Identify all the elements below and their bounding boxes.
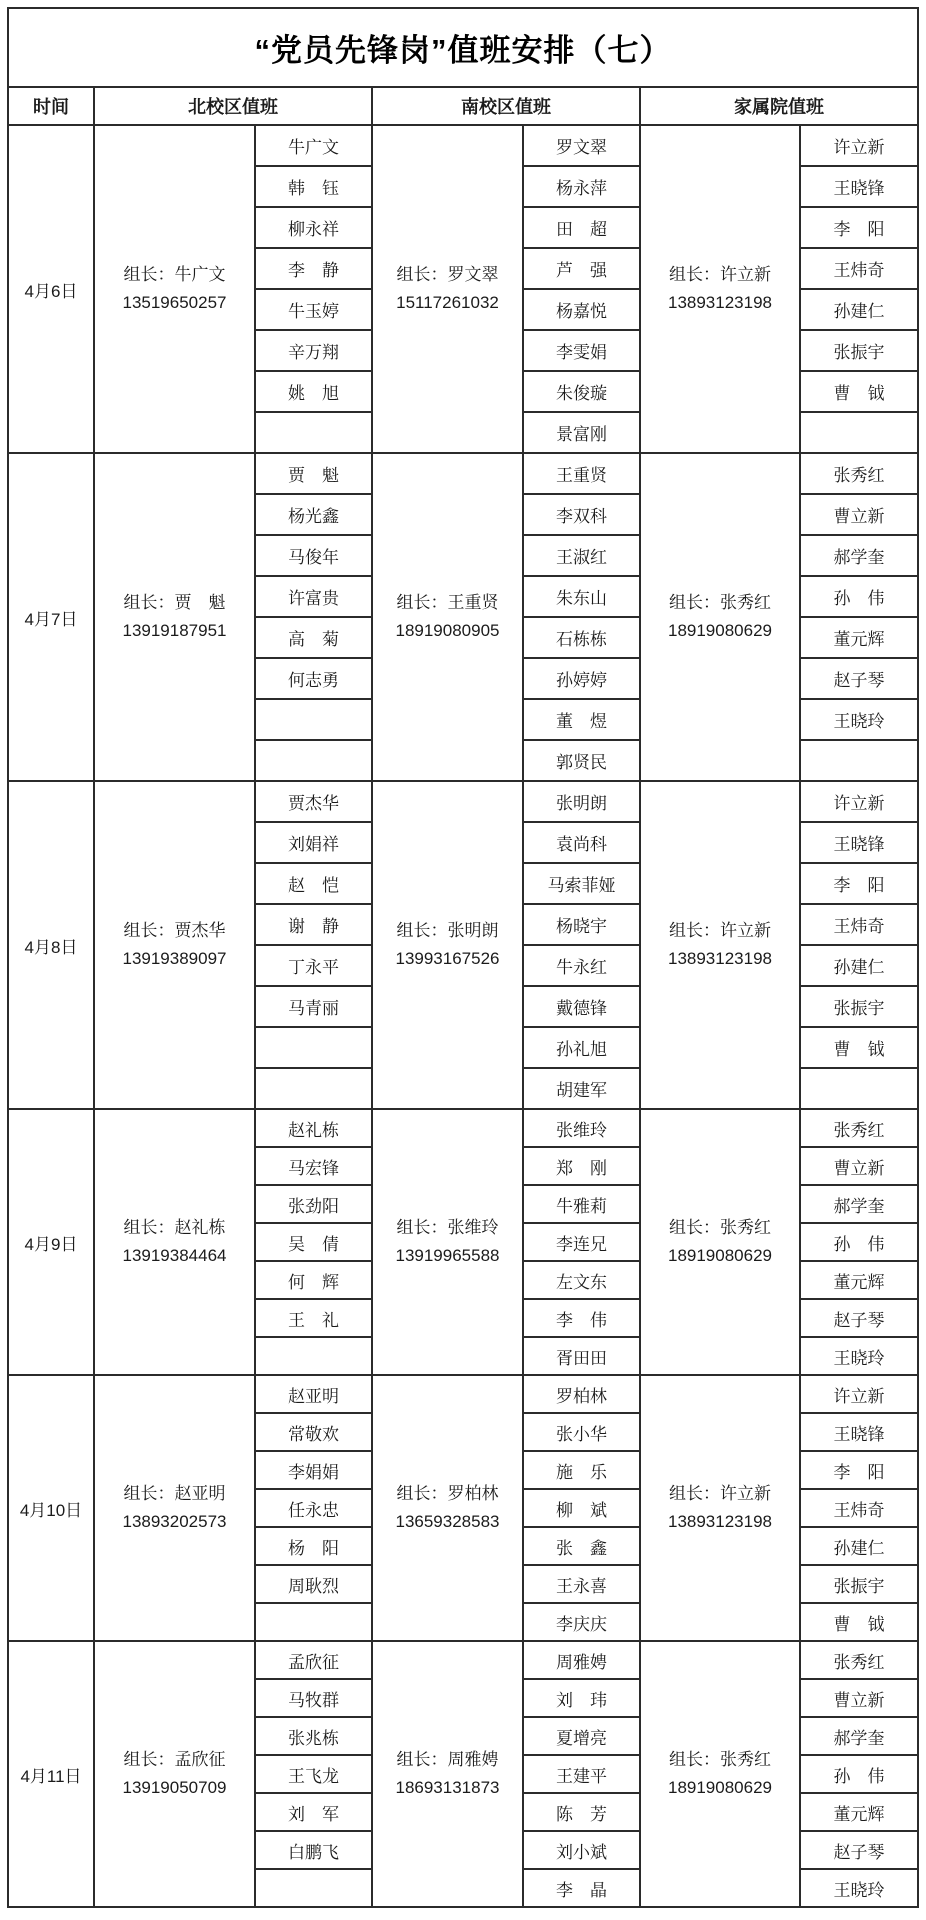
south-member-cell: 王淑红 — [523, 535, 640, 576]
south-member-cell: 夏增亮 — [523, 1717, 640, 1755]
south-member-cell: 张维玲 — [523, 1109, 640, 1147]
south-member-cell: 景富刚 — [523, 412, 640, 453]
south-leader-phone: 13659328583 — [373, 1508, 522, 1536]
north-member-cell: 韩 钰 — [255, 166, 372, 207]
south-member-cell: 左文东 — [523, 1261, 640, 1299]
north-leader-phone: 13519650257 — [95, 289, 254, 317]
south-member-cell: 张小华 — [523, 1413, 640, 1451]
family-member-cell: 李 阳 — [800, 1451, 918, 1489]
family-member-cell: 王晓玲 — [800, 699, 918, 740]
north-leader-cell: 组长：贾杰华13919389097 — [94, 781, 255, 1109]
north-leader-phone: 13919384464 — [95, 1242, 254, 1270]
family-leader-name: 组长：许立新 — [641, 261, 799, 289]
north-member-cell: 马牧群 — [255, 1679, 372, 1717]
family-leader-phone: 13893123198 — [641, 289, 799, 317]
date-cell: 4月11日 — [8, 1641, 94, 1907]
north-member-cell: 张兆栋 — [255, 1717, 372, 1755]
south-member-cell: 石栋栋 — [523, 617, 640, 658]
family-leader-phone: 18919080629 — [641, 1774, 799, 1802]
south-member-cell: 张明朗 — [523, 781, 640, 822]
north-leader-cell: 组长：牛广文13519650257 — [94, 125, 255, 453]
schedule-page: “党员先锋岗”值班安排（七） 时间 北校区值班 南校区值班 家属院值班 4月6日… — [0, 0, 926, 1908]
family-leader-cell: 组长：许立新13893123198 — [640, 781, 800, 1109]
north-member-cell: 周耿烈 — [255, 1565, 372, 1603]
family-member-cell: 孙建仁 — [800, 289, 918, 330]
north-member-cell: 刘 军 — [255, 1793, 372, 1831]
table-row: 4月7日组长：贾 魁13919187951贾 魁组长：王重贤1891908090… — [8, 453, 918, 494]
north-member-cell: 赵 恺 — [255, 863, 372, 904]
family-member-cell: 许立新 — [800, 781, 918, 822]
family-member-cell: 孙建仁 — [800, 945, 918, 986]
family-leader-name: 组长：张秀红 — [641, 1746, 799, 1774]
north-member-cell: 谢 静 — [255, 904, 372, 945]
north-member-cell: 牛广文 — [255, 125, 372, 166]
family-member-cell: 董元辉 — [800, 1793, 918, 1831]
north-leader-phone: 13893202573 — [95, 1508, 254, 1536]
family-member-cell: 郝学奎 — [800, 535, 918, 576]
north-leader-phone: 13919389097 — [95, 945, 254, 973]
family-member-cell: 曹立新 — [800, 1679, 918, 1717]
north-member-cell: 丁永平 — [255, 945, 372, 986]
family-member-cell: 张振宇 — [800, 986, 918, 1027]
family-member-cell: 孙 伟 — [800, 1223, 918, 1261]
north-member-cell: 柳永祥 — [255, 207, 372, 248]
north-member-cell: 赵礼栋 — [255, 1109, 372, 1147]
north-leader-phone: 13919050709 — [95, 1774, 254, 1802]
family-member-cell: 曹 钺 — [800, 1027, 918, 1068]
family-member-cell: 赵子琴 — [800, 1299, 918, 1337]
table-row: 4月10日组长：赵亚明13893202573赵亚明组长：罗柏林136593285… — [8, 1375, 918, 1413]
family-member-cell: 董元辉 — [800, 1261, 918, 1299]
north-member-cell — [255, 412, 372, 453]
north-member-cell — [255, 1869, 372, 1907]
south-member-cell: 杨晓宇 — [523, 904, 640, 945]
south-leader-cell: 组长：罗文翠15117261032 — [372, 125, 523, 453]
family-member-cell: 王晓玲 — [800, 1337, 918, 1375]
family-member-cell: 李 阳 — [800, 207, 918, 248]
south-member-cell: 刘小斌 — [523, 1831, 640, 1869]
south-member-cell: 袁尚科 — [523, 822, 640, 863]
north-member-cell: 杨光鑫 — [255, 494, 372, 535]
north-leader-name: 组长：赵亚明 — [95, 1480, 254, 1508]
south-member-cell: 杨永萍 — [523, 166, 640, 207]
south-member-cell: 戴德锋 — [523, 986, 640, 1027]
north-leader-name: 组长：贾杰华 — [95, 917, 254, 945]
south-member-cell: 施 乐 — [523, 1451, 640, 1489]
north-leader-name: 组长：赵礼栋 — [95, 1214, 254, 1242]
north-member-cell — [255, 699, 372, 740]
south-member-cell: 陈 芳 — [523, 1793, 640, 1831]
north-leader-phone: 13919187951 — [95, 617, 254, 645]
north-leader-name: 组长：贾 魁 — [95, 589, 254, 617]
family-member-cell: 张秀红 — [800, 1109, 918, 1147]
date-cell: 4月7日 — [8, 453, 94, 781]
header-north-campus: 北校区值班 — [94, 87, 372, 125]
family-member-cell: 张振宇 — [800, 1565, 918, 1603]
date-cell: 4月8日 — [8, 781, 94, 1109]
family-member-cell: 王晓玲 — [800, 1869, 918, 1907]
south-member-cell: 郑 刚 — [523, 1147, 640, 1185]
family-leader-name: 组长：许立新 — [641, 1480, 799, 1508]
north-leader-name: 组长：孟欣征 — [95, 1746, 254, 1774]
family-leader-cell: 组长：张秀红18919080629 — [640, 1109, 800, 1375]
south-member-cell: 柳 斌 — [523, 1489, 640, 1527]
north-member-cell: 张劲阳 — [255, 1185, 372, 1223]
south-member-cell: 牛永红 — [523, 945, 640, 986]
north-member-cell — [255, 740, 372, 781]
north-member-cell — [255, 1603, 372, 1641]
south-member-cell: 芦 强 — [523, 248, 640, 289]
date-cell: 4月10日 — [8, 1375, 94, 1641]
table-row: 4月6日组长：牛广文13519650257牛广文组长：罗文翠1511726103… — [8, 125, 918, 166]
south-member-cell: 李双科 — [523, 494, 640, 535]
south-leader-name: 组长：罗柏林 — [373, 1480, 522, 1508]
south-member-cell: 孙礼旭 — [523, 1027, 640, 1068]
north-leader-cell: 组长：赵亚明13893202573 — [94, 1375, 255, 1641]
south-member-cell: 胡建军 — [523, 1068, 640, 1109]
south-member-cell: 李庆庆 — [523, 1603, 640, 1641]
column-header-row: 时间 北校区值班 南校区值班 家属院值班 — [8, 87, 918, 125]
family-member-cell: 赵子琴 — [800, 658, 918, 699]
north-member-cell: 孟欣征 — [255, 1641, 372, 1679]
north-member-cell: 贾杰华 — [255, 781, 372, 822]
family-member-cell: 曹 钺 — [800, 1603, 918, 1641]
table-row: 4月9日组长：赵礼栋13919384464赵礼栋组长：张维玲1391996558… — [8, 1109, 918, 1147]
south-leader-cell: 组长：张明朗13993167526 — [372, 781, 523, 1109]
family-member-cell: 郝学奎 — [800, 1717, 918, 1755]
south-member-cell: 朱俊璇 — [523, 371, 640, 412]
family-member-cell: 王晓锋 — [800, 1413, 918, 1451]
south-member-cell: 牛雅莉 — [523, 1185, 640, 1223]
family-member-cell: 孙建仁 — [800, 1527, 918, 1565]
north-member-cell: 王飞龙 — [255, 1755, 372, 1793]
north-member-cell: 何志勇 — [255, 658, 372, 699]
page-title: “党员先锋岗”值班安排（七） — [8, 8, 918, 87]
south-member-cell: 郭贤民 — [523, 740, 640, 781]
north-member-cell — [255, 1337, 372, 1375]
south-leader-phone: 18693131873 — [373, 1774, 522, 1802]
north-member-cell: 李娟娟 — [255, 1451, 372, 1489]
family-member-cell: 许立新 — [800, 1375, 918, 1413]
north-member-cell: 李 静 — [255, 248, 372, 289]
date-cell: 4月9日 — [8, 1109, 94, 1375]
family-leader-phone: 13893123198 — [641, 1508, 799, 1536]
north-leader-cell: 组长：贾 魁13919187951 — [94, 453, 255, 781]
south-leader-cell: 组长：张维玲13919965588 — [372, 1109, 523, 1375]
family-member-cell: 王炜奇 — [800, 904, 918, 945]
north-member-cell: 任永忠 — [255, 1489, 372, 1527]
south-leader-name: 组长：张明朗 — [373, 917, 522, 945]
family-leader-name: 组长：许立新 — [641, 917, 799, 945]
duty-schedule-table: “党员先锋岗”值班安排（七） 时间 北校区值班 南校区值班 家属院值班 4月6日… — [7, 7, 919, 1908]
header-family-compound: 家属院值班 — [640, 87, 918, 125]
family-leader-cell: 组长：张秀红18919080629 — [640, 1641, 800, 1907]
south-member-cell: 胥田田 — [523, 1337, 640, 1375]
family-leader-name: 组长：张秀红 — [641, 1214, 799, 1242]
family-member-cell: 王晓锋 — [800, 822, 918, 863]
family-member-cell: 张秀红 — [800, 1641, 918, 1679]
south-member-cell: 李雯娟 — [523, 330, 640, 371]
north-member-cell: 许富贵 — [255, 576, 372, 617]
south-member-cell: 马索菲娅 — [523, 863, 640, 904]
north-member-cell: 高 菊 — [255, 617, 372, 658]
family-member-cell — [800, 740, 918, 781]
north-member-cell: 姚 旭 — [255, 371, 372, 412]
family-member-cell: 王炜奇 — [800, 248, 918, 289]
south-member-cell: 王永喜 — [523, 1565, 640, 1603]
south-leader-cell: 组长：王重贤18919080905 — [372, 453, 523, 781]
south-leader-cell: 组长：罗柏林13659328583 — [372, 1375, 523, 1641]
family-member-cell — [800, 1068, 918, 1109]
family-member-cell: 曹立新 — [800, 494, 918, 535]
family-member-cell: 赵子琴 — [800, 1831, 918, 1869]
south-member-cell: 刘 玮 — [523, 1679, 640, 1717]
south-leader-name: 组长：罗文翠 — [373, 261, 522, 289]
south-member-cell: 罗文翠 — [523, 125, 640, 166]
south-member-cell: 李连兄 — [523, 1223, 640, 1261]
south-member-cell: 杨嘉悦 — [523, 289, 640, 330]
family-member-cell: 张振宇 — [800, 330, 918, 371]
north-leader-cell: 组长：赵礼栋13919384464 — [94, 1109, 255, 1375]
header-south-campus: 南校区值班 — [372, 87, 640, 125]
family-member-cell: 曹立新 — [800, 1147, 918, 1185]
family-leader-cell: 组长：张秀红18919080629 — [640, 453, 800, 781]
table-body: “党员先锋岗”值班安排（七） 时间 北校区值班 南校区值班 家属院值班 4月6日… — [8, 8, 918, 1907]
header-time: 时间 — [8, 87, 94, 125]
family-leader-name: 组长：张秀红 — [641, 589, 799, 617]
south-member-cell: 王重贤 — [523, 453, 640, 494]
south-leader-phone: 13993167526 — [373, 945, 522, 973]
north-member-cell: 刘娟祥 — [255, 822, 372, 863]
title-row: “党员先锋岗”值班安排（七） — [8, 8, 918, 87]
family-leader-phone: 18919080629 — [641, 617, 799, 645]
south-member-cell: 王建平 — [523, 1755, 640, 1793]
north-member-cell: 吴 倩 — [255, 1223, 372, 1261]
south-member-cell: 罗柏林 — [523, 1375, 640, 1413]
north-member-cell: 杨 阳 — [255, 1527, 372, 1565]
north-member-cell: 白鹏飞 — [255, 1831, 372, 1869]
north-member-cell — [255, 1068, 372, 1109]
north-member-cell: 辛万翔 — [255, 330, 372, 371]
south-leader-name: 组长：周雅娉 — [373, 1746, 522, 1774]
family-member-cell: 张秀红 — [800, 453, 918, 494]
date-cell: 4月6日 — [8, 125, 94, 453]
north-member-cell: 贾 魁 — [255, 453, 372, 494]
north-member-cell: 马青丽 — [255, 986, 372, 1027]
south-leader-cell: 组长：周雅娉18693131873 — [372, 1641, 523, 1907]
north-member-cell: 马宏锋 — [255, 1147, 372, 1185]
family-member-cell: 王炜奇 — [800, 1489, 918, 1527]
south-leader-phone: 18919080905 — [373, 617, 522, 645]
south-member-cell: 李 伟 — [523, 1299, 640, 1337]
north-member-cell: 何 辉 — [255, 1261, 372, 1299]
north-member-cell — [255, 1027, 372, 1068]
north-member-cell: 马俊年 — [255, 535, 372, 576]
south-leader-phone: 13919965588 — [373, 1242, 522, 1270]
table-row: 4月8日组长：贾杰华13919389097贾杰华组长：张明朗1399316752… — [8, 781, 918, 822]
family-member-cell: 曹 钺 — [800, 371, 918, 412]
family-member-cell: 李 阳 — [800, 863, 918, 904]
family-member-cell: 郝学奎 — [800, 1185, 918, 1223]
south-member-cell: 董 煜 — [523, 699, 640, 740]
south-member-cell: 李 晶 — [523, 1869, 640, 1907]
south-leader-phone: 15117261032 — [373, 289, 522, 317]
north-leader-cell: 组长：孟欣征13919050709 — [94, 1641, 255, 1907]
south-member-cell: 朱东山 — [523, 576, 640, 617]
family-member-cell: 董元辉 — [800, 617, 918, 658]
south-leader-name: 组长：张维玲 — [373, 1214, 522, 1242]
south-member-cell: 孙婷婷 — [523, 658, 640, 699]
south-leader-name: 组长：王重贤 — [373, 589, 522, 617]
family-leader-cell: 组长：许立新13893123198 — [640, 1375, 800, 1641]
north-member-cell: 赵亚明 — [255, 1375, 372, 1413]
south-member-cell: 周雅娉 — [523, 1641, 640, 1679]
family-leader-cell: 组长：许立新13893123198 — [640, 125, 800, 453]
family-member-cell: 王晓锋 — [800, 166, 918, 207]
family-leader-phone: 18919080629 — [641, 1242, 799, 1270]
family-member-cell: 孙 伟 — [800, 576, 918, 617]
south-member-cell: 田 超 — [523, 207, 640, 248]
north-member-cell: 常敬欢 — [255, 1413, 372, 1451]
family-member-cell: 孙 伟 — [800, 1755, 918, 1793]
south-member-cell: 张 鑫 — [523, 1527, 640, 1565]
family-leader-phone: 13893123198 — [641, 945, 799, 973]
family-member-cell — [800, 412, 918, 453]
table-row: 4月11日组长：孟欣征13919050709孟欣征组长：周雅娉186931318… — [8, 1641, 918, 1679]
north-member-cell: 牛玉婷 — [255, 289, 372, 330]
north-member-cell: 王 礼 — [255, 1299, 372, 1337]
north-leader-name: 组长：牛广文 — [95, 261, 254, 289]
family-member-cell: 许立新 — [800, 125, 918, 166]
